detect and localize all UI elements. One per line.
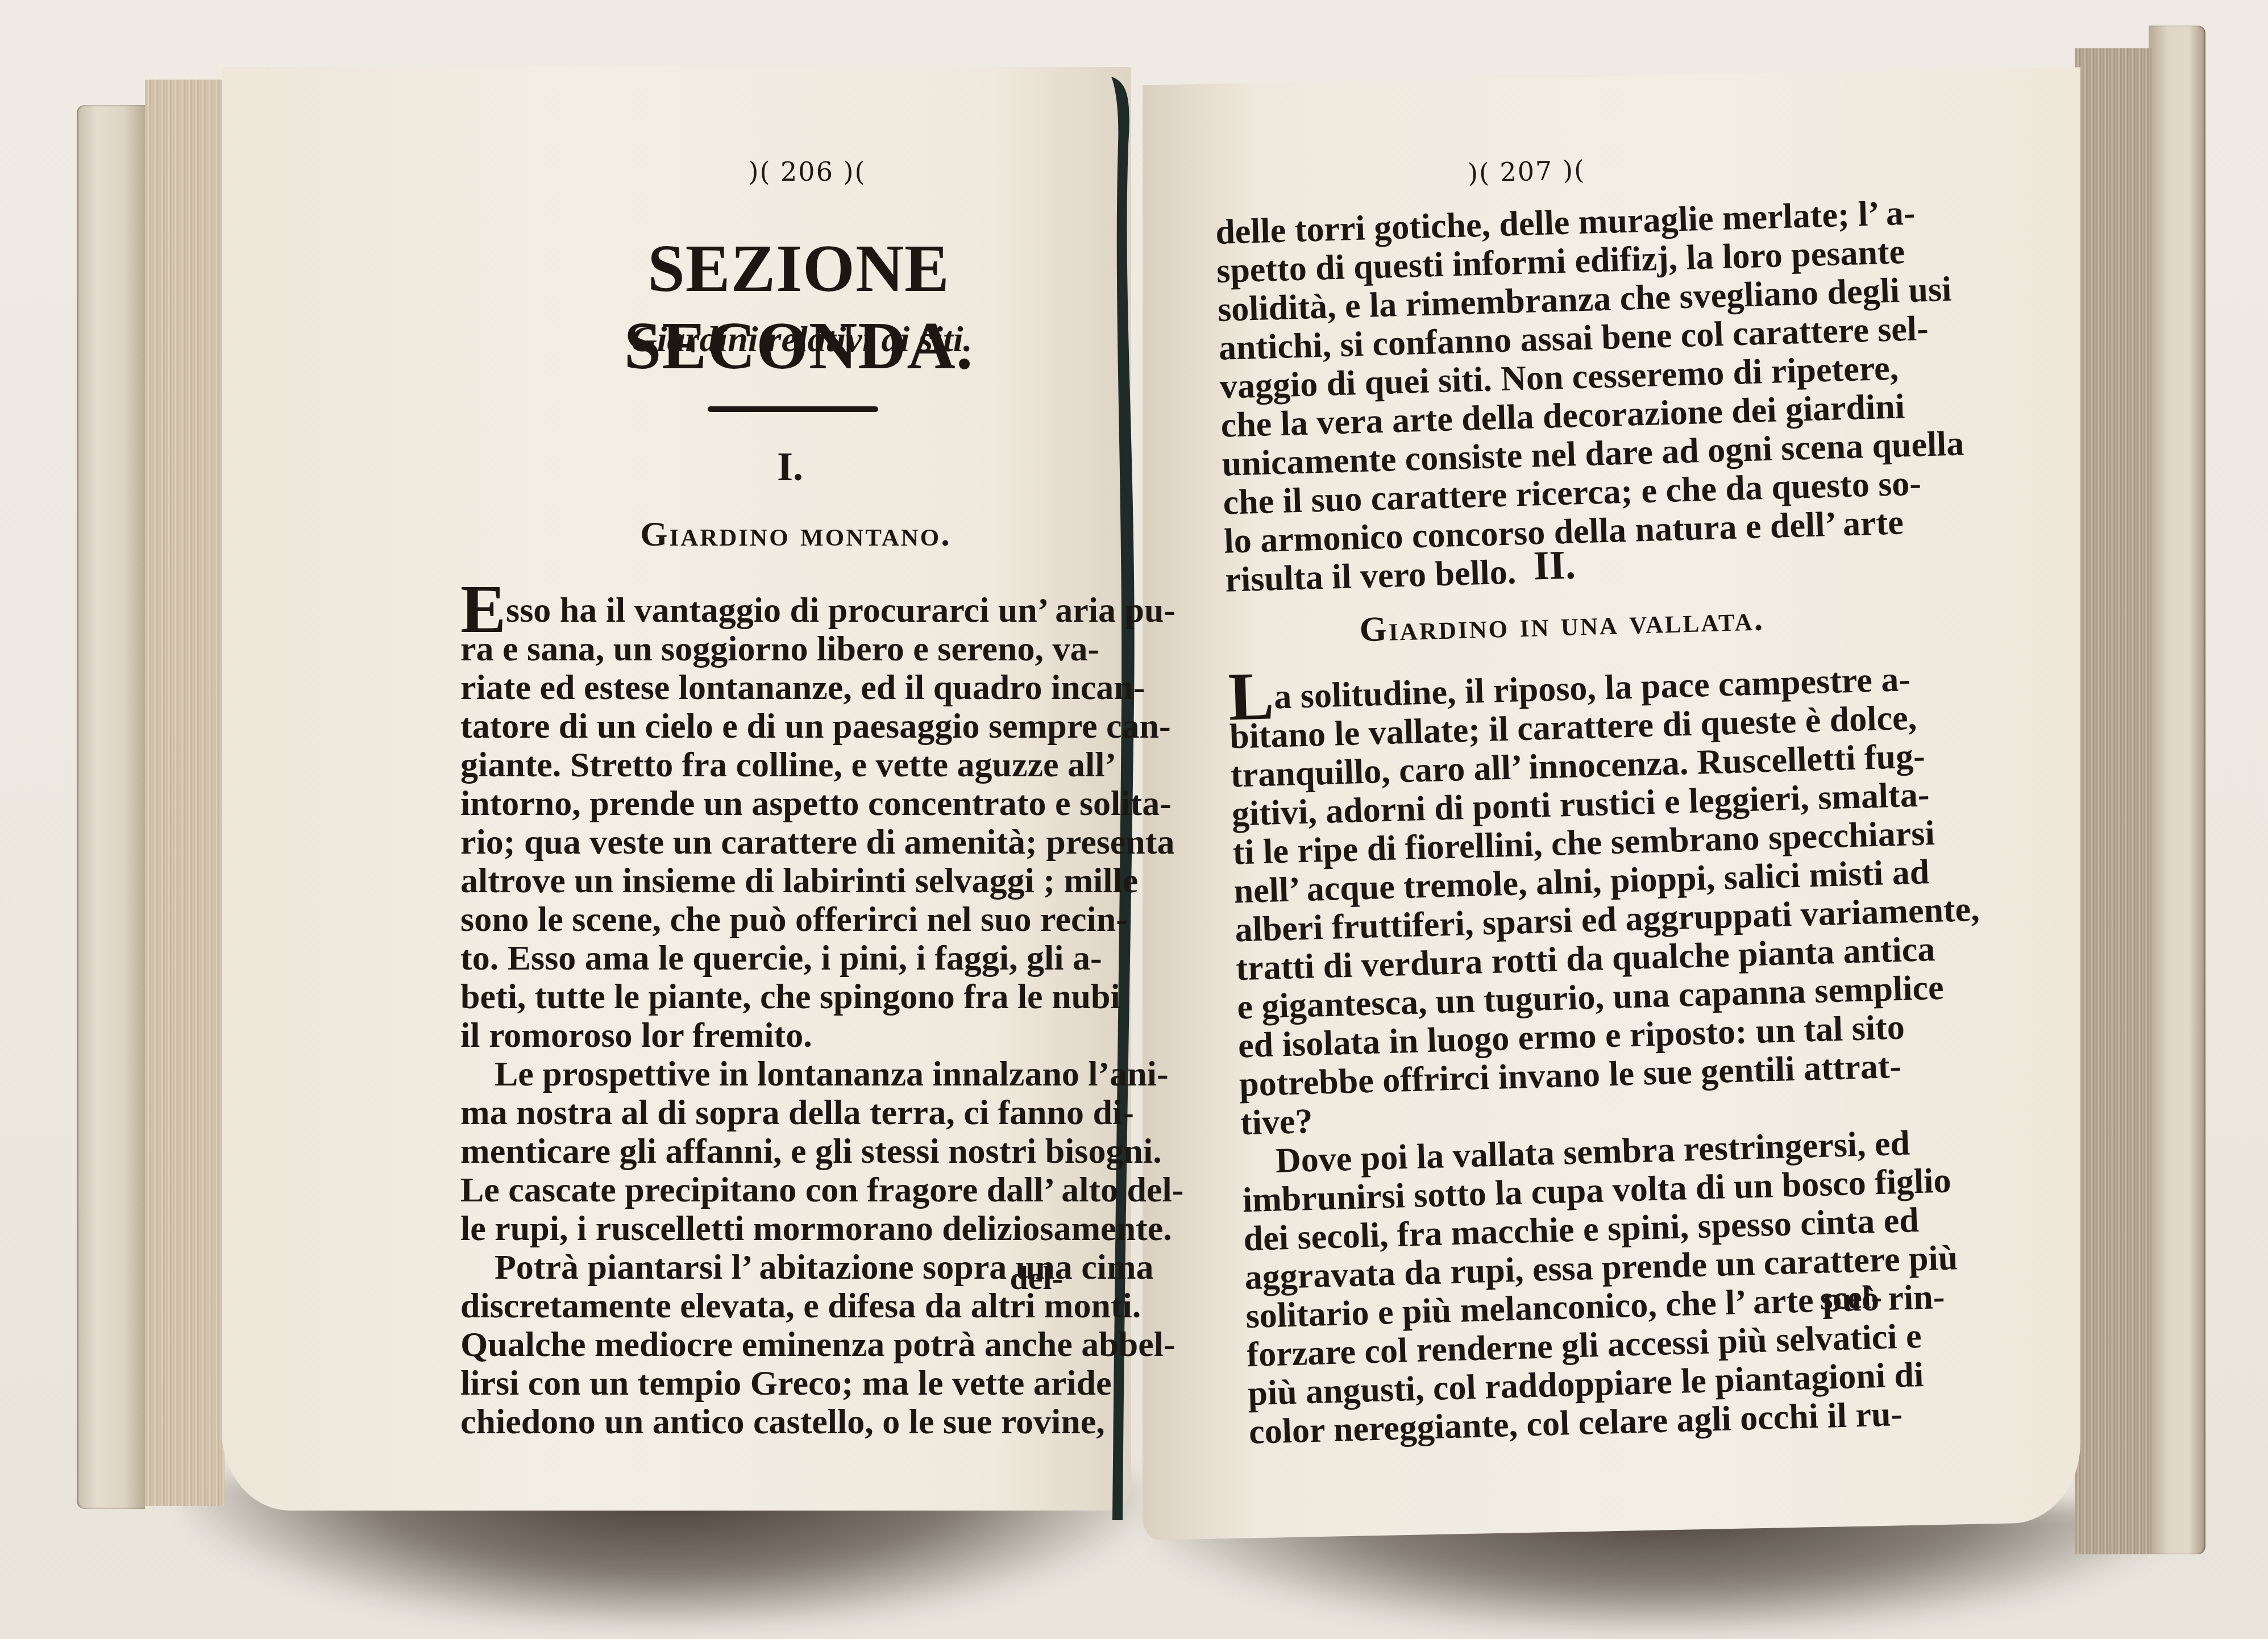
text-line: menticare gli affanni, e gli stessi nost… [460,1132,1091,1171]
chapter-title-left: Giardino montano. [620,514,972,555]
text-line: altrove un insieme di labirinti selvaggi… [460,862,1091,900]
text-line: tatore di un cielo e di un paesaggio sem… [460,707,1091,746]
text-line: sono le scene, che può offerirci nel suo… [460,900,1091,939]
text-line: rio; qua veste un carattere di amenità; … [460,823,1091,862]
right-page-header: )( 207 )( [1452,154,1601,189]
text-line: riate ed estese lontananze, ed il quadro… [460,668,1091,707]
text-line: chiedono un antico castello, o le sue ro… [460,1403,1091,1441]
page-edges-right [2075,48,2151,1554]
text-line: le rupi, i ruscelletti mormorano delizio… [460,1209,1091,1248]
section-divider [708,406,878,412]
text-line: intorno, prende un aspetto concentrato e… [460,784,1091,823]
chapter-numeral-right: II. [1520,541,1589,590]
page-edges-left [145,80,225,1506]
right-page-body-bottom: La solitudine, il riposo, la pace campes… [1228,661,1903,1452]
text-line: lirsi con un tempio Greco; ma le vette a… [460,1364,1091,1403]
text-line: ra e sana, un soggiorno libero e sereno,… [460,630,1091,668]
right-page-body-top: delle torri gotiche, delle muraglie merl… [1215,195,1868,599]
chapter-title-right: Giardino in una vallata. [1317,597,1807,651]
page-number-right: 207 [1499,155,1553,188]
section-subtitle: Giardini relativi ai siti. [597,318,1006,360]
text-line: giante. Stretto fra colline, e vette agu… [460,746,1091,784]
ornament-icon: )( [1467,157,1490,188]
text-line: to. Esso ama le quercie, i pini, i faggi… [460,939,1091,977]
text-line: beti, tutte le piante, che spingono fra … [460,977,1091,1016]
ornament-icon: )( [844,156,866,187]
text-line: Esso ha il vantaggio di procurarci un’ a… [460,591,1091,630]
chapter-numeral-left: I. [756,443,824,490]
text-line: Le cascate precipitano con fragore dall’… [460,1171,1091,1209]
text-line: Le prospettive in lontananza innalzano l… [460,1055,1091,1093]
page-number-left: 206 [780,156,834,187]
right-page-content: )( 207 )( delle torri gotiche, delle mur… [1214,145,1944,1301]
ornament-icon: )( [1562,155,1585,186]
text-line: il romoroso lor fremito. [460,1016,1091,1055]
section-title: SEZIONE SECONDA. [568,230,1029,385]
catchword-left: del- [966,1259,1063,1297]
catchword-right: scel- [1785,1278,1883,1318]
text-line: Qualche mediocre eminenza potrà anche ab… [460,1325,1091,1364]
text-line: ma nostra al di sopra della terra, ci fa… [460,1093,1091,1132]
vellum-cover-right [2149,26,2205,1554]
left-page-header: )( 206 )( [733,156,881,187]
vellum-cover-left [77,105,145,1509]
left-page-body: Esso ha il vantaggio di procurarci un’ a… [460,591,1091,1441]
ornament-icon: )( [749,156,771,187]
